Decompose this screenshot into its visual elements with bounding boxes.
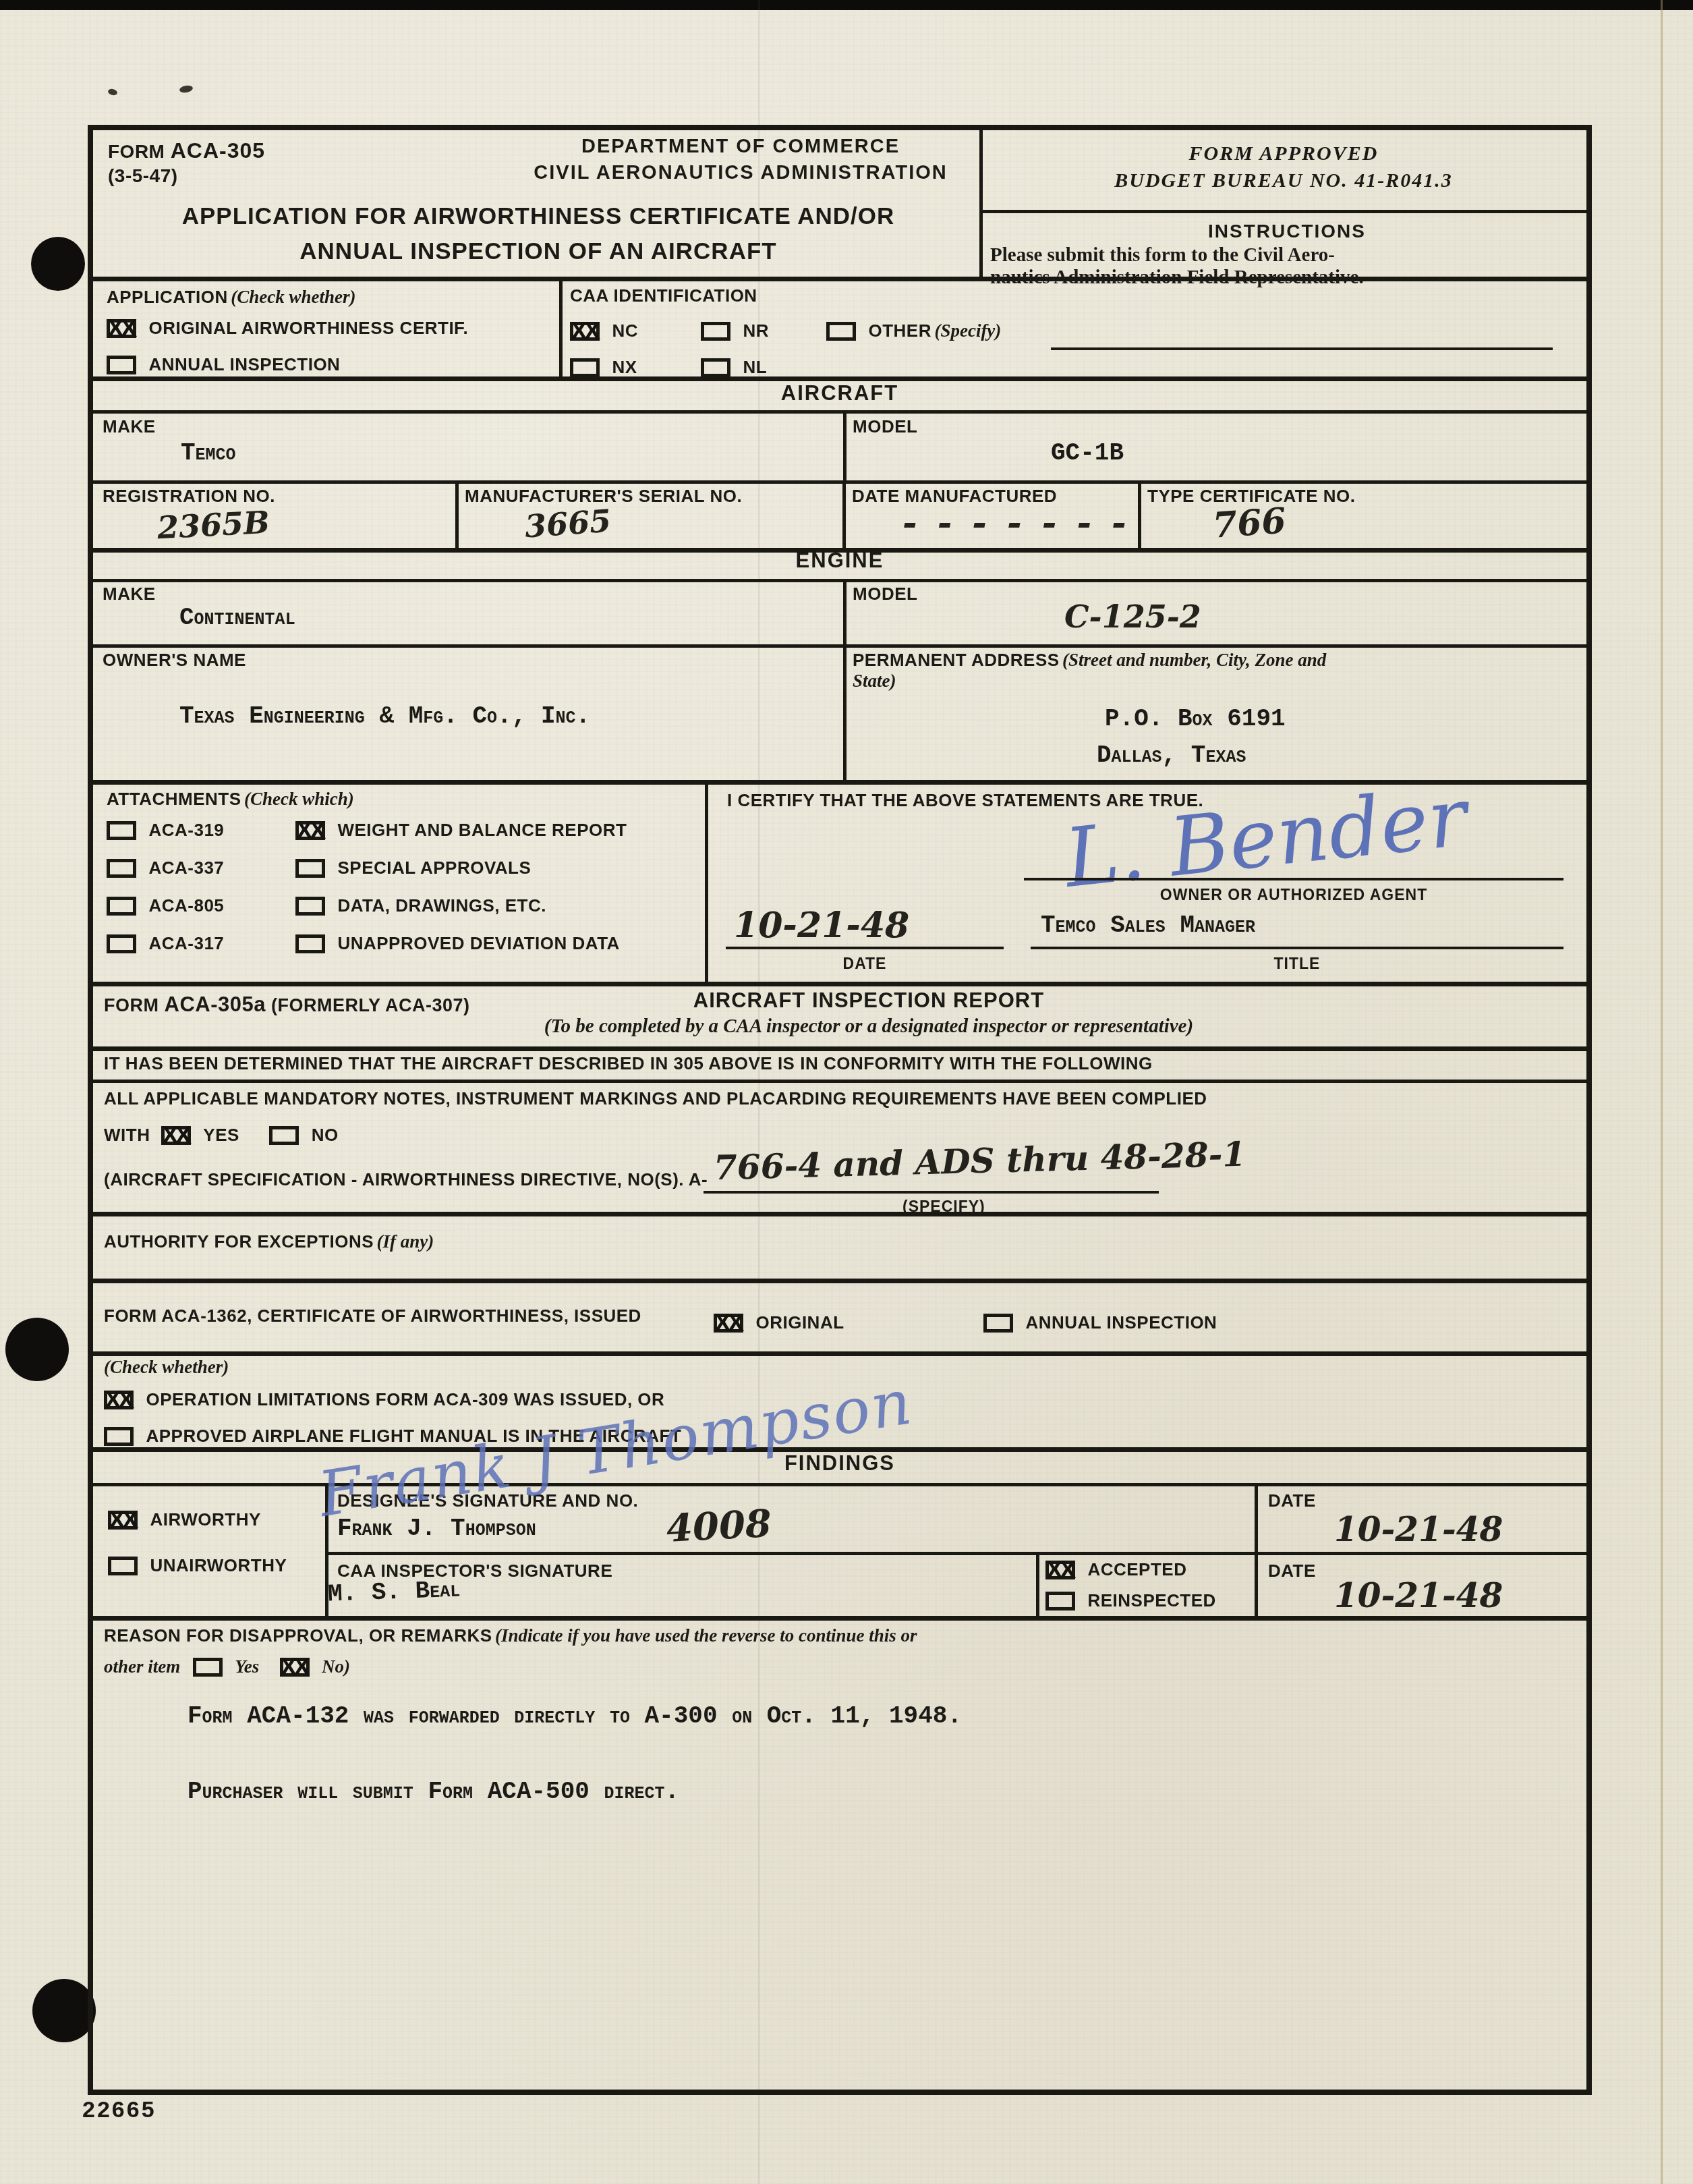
rule (1255, 1483, 1258, 1616)
owner-name-value: Texas Engineering & Mfg. Co., Inc. (179, 702, 590, 730)
rule (843, 579, 846, 780)
designee-date-label: DATE (1268, 1490, 1316, 1511)
spec-directive-value: 766-4 and ADS thru 48-28-1 (713, 1134, 1246, 1188)
caa-option-nr: NR (701, 320, 769, 341)
aircraft-make-label: MAKE (103, 416, 156, 437)
engine-model-value: C-125-2 (1064, 598, 1201, 635)
aca-805-checkbox (107, 897, 136, 916)
certification-date-value: 10-21-48 (734, 905, 909, 946)
engine-model-label: MODEL (853, 584, 917, 605)
spec-directive-line (704, 1191, 1159, 1194)
form-number-value: ACA-305 (171, 138, 265, 163)
rule (93, 1616, 1586, 1621)
rule (843, 410, 846, 480)
address-label-italic: (Street and number, City, Zone and (1062, 650, 1326, 670)
form-approved-line1: FORM APPROVED (990, 142, 1577, 165)
page-serial-number: 22665 (82, 2097, 156, 2123)
aircraft-model-label: MODEL (853, 416, 917, 437)
engine-make-label: MAKE (103, 584, 156, 605)
certification-date-caption: DATE (726, 955, 1004, 973)
form-border: FORM ACA-305 (3-5-47) DEPARTMENT OF COMM… (88, 125, 1592, 2095)
rule (93, 1212, 1586, 1216)
registration-value: 2365B (156, 504, 271, 547)
annual-inspection-checkbox (107, 356, 136, 374)
instructions-box: INSTRUCTIONS Please submit this form to … (990, 221, 1584, 289)
application-option-annual: ANNUAL INSPECTION (107, 354, 340, 375)
reinspected-checkbox (1045, 1592, 1075, 1611)
original-airworthiness-checkbox (107, 319, 136, 338)
form-305a-former: (FORMERLY ACA-307) (271, 995, 470, 1015)
other-specify-italic: (Specify) (934, 320, 1001, 341)
rule (842, 480, 846, 548)
remarks-label-line1: REASON FOR DISAPPROVAL, OR REMARKS (Indi… (104, 1625, 917, 1646)
application-option-original: ORIGINAL AIRWORTHINESS CERTIF. (107, 318, 468, 339)
other-specify-line (1051, 347, 1553, 350)
form-approved-box: FORM APPROVED BUDGET BUREAU NO. 41-R041.… (990, 142, 1577, 192)
caa-option-nx: NX (570, 357, 637, 378)
rule (93, 1279, 1586, 1283)
attachment-aca337: ACA-337 (107, 858, 224, 878)
attachments-label-italic: (Check which) (244, 789, 354, 809)
authority-italic: (If any) (377, 1231, 434, 1252)
nx-checkbox (570, 358, 600, 377)
form-305a-value: ACA-305a (165, 992, 266, 1016)
form-approved-line2: BUDGET BUREAU NO. 41-R041.3 (990, 169, 1577, 192)
engine-section-title: ENGINE (93, 549, 1586, 573)
caa-identification-label: CAA IDENTIFICATION (570, 285, 757, 306)
instructions-title: INSTRUCTIONS (990, 221, 1584, 242)
operation-limitations-checkbox (104, 1391, 134, 1409)
rule (93, 1351, 1586, 1356)
data-drawings-checkbox (295, 897, 325, 916)
aca-1362-annual: ANNUAL INSPECTION (983, 1312, 1217, 1333)
rule (93, 579, 1586, 582)
rule (93, 1080, 1586, 1083)
inspector-date-value: 10-21-48 (1334, 1575, 1503, 1615)
complied-yes-checkbox (161, 1126, 191, 1145)
engine-make-value: Continental (179, 604, 295, 632)
attachment-data-drawings: DATA, DRAWINGS, ETC. (295, 895, 546, 916)
ink-mark (179, 84, 193, 93)
spec-specify-caption: (SPECIFY) (902, 1198, 985, 1216)
annual-issued-checkbox (983, 1314, 1013, 1333)
designee-number: 4008 (665, 1501, 772, 1551)
nc-checkbox (570, 322, 600, 341)
owner-address-line1: P.O. Box 6191 (1105, 705, 1286, 733)
remarks-yes-checkbox (193, 1658, 223, 1677)
application-label: APPLICATION (Check whether) (107, 287, 356, 308)
attachments-label: ATTACHMENTS (Check which) (107, 789, 354, 810)
spec-directive-label: (AIRCRAFT SPECIFICATION - AIRWORTHINESS … (104, 1169, 708, 1190)
form-305a-number: FORM ACA-305a (FORMERLY ACA-307) (104, 992, 470, 1017)
rule (93, 1046, 1586, 1051)
owner-signature-caption: OWNER OR AUTHORIZED AGENT (1024, 886, 1563, 904)
rule (93, 480, 1586, 484)
aca-1362-label: FORM ACA-1362, CERTIFICATE OF AIRWORTHIN… (104, 1306, 641, 1326)
caa-option-other: OTHER (Specify) (826, 320, 1001, 341)
form-title-line1: APPLICATION FOR AIRWORTHINESS CERTIFICAT… (120, 203, 956, 230)
attachment-aca805: ACA-805 (107, 895, 224, 916)
certification-title-value: Temco Sales Manager (1041, 912, 1255, 939)
original-issued-checkbox (714, 1314, 743, 1333)
rule (325, 1552, 1586, 1555)
rule (1138, 480, 1141, 548)
accepted-checkbox (1045, 1561, 1075, 1579)
owner-address-line2: Dallas, Texas (1097, 741, 1246, 769)
form-number-prefix: FORM (108, 141, 165, 162)
reinspected-line: REINSPECTED (1045, 1590, 1216, 1611)
instructions-line2: nautics Administration Field Representat… (990, 267, 1584, 289)
remarks-other-item: other item (104, 1656, 180, 1677)
unapproved-deviation-checkbox (295, 934, 325, 953)
weight-balance-checkbox (295, 821, 325, 840)
rule (93, 410, 1586, 414)
attachment-aca319: ACA-319 (107, 820, 224, 841)
nr-checkbox (701, 322, 730, 341)
attachment-unapproved-deviation: UNAPPROVED DEVIATION DATA (295, 933, 620, 954)
certification-title-line (1031, 947, 1563, 949)
aircraft-model-value: GC-1B (1051, 439, 1124, 467)
remarks-line1: Form ACA-132 was forwarded directly to A… (188, 1702, 962, 1730)
airworthy-checkbox (108, 1511, 138, 1530)
flight-manual-checkbox (104, 1427, 134, 1446)
punch-hole (5, 1318, 69, 1381)
determined-statement: IT HAS BEEN DETERMINED THAT THE AIRCRAFT… (104, 1053, 1153, 1074)
aircraft-make-value: Temco (181, 439, 236, 467)
complied-yes-no-line: WITH YES NO (104, 1125, 339, 1146)
rule (455, 480, 459, 548)
aca-317-checkbox (107, 934, 136, 953)
complied-statement: ALL APPLICABLE MANDATORY NOTES, INSTRUME… (104, 1088, 1207, 1109)
rule (705, 780, 708, 982)
designee-date-value: 10-21-48 (1334, 1509, 1503, 1549)
aircraft-section-title: AIRCRAFT (93, 381, 1586, 405)
inspector-typed-name: M. S. Beal (327, 1576, 461, 1608)
form-number: FORM ACA-305 (108, 138, 265, 163)
inspector-date-label: DATE (1268, 1561, 1316, 1581)
rule (1036, 1552, 1039, 1616)
attachment-special-approvals: SPECIAL APPROVALS (295, 858, 531, 878)
aca-319-checkbox (107, 821, 136, 840)
remarks-label-line2: other item Yes No) (104, 1656, 350, 1677)
certification-date-line (726, 947, 1004, 949)
permanent-address-label: PERMANENT ADDRESS (Street and number, Ci… (853, 650, 1581, 692)
remarks-label-italic: (Indicate if you have used the reverse t… (495, 1625, 917, 1646)
accepted-line: ACCEPTED (1045, 1559, 1186, 1580)
rule (93, 982, 1586, 986)
complied-with-label: WITH (104, 1125, 150, 1145)
punch-hole (31, 237, 85, 291)
attachment-aca317: ACA-317 (107, 933, 224, 954)
form-title: APPLICATION FOR AIRWORTHINESS CERTIFICAT… (120, 203, 956, 265)
remarks-line2: Purchaser will submit Form ACA-500 direc… (188, 1778, 679, 1805)
authority-exceptions-label: AUTHORITY FOR EXCEPTIONS (If any) (104, 1231, 434, 1252)
form-revision: (3-5-47) (108, 165, 178, 187)
certification-title-caption: TITLE (1031, 955, 1563, 973)
owner-name-label: OWNER'S NAME (103, 650, 246, 671)
form-title-line2: ANNUAL INSPECTION OF AN AIRCRAFT (120, 238, 956, 265)
punch-hole (32, 1979, 96, 2042)
special-approvals-checkbox (295, 859, 325, 878)
inspection-report-subtitle: (To be completed by a CAA inspector or a… (228, 1015, 1510, 1038)
type-certificate-value: 766 (1211, 500, 1288, 546)
instructions-line1: Please submit this form to the Civil Aer… (990, 244, 1584, 267)
aca-337-checkbox (107, 859, 136, 878)
airworthy-line: AIRWORTHY (108, 1509, 261, 1530)
serial-value: 3665 (523, 503, 612, 545)
remarks-no-checkbox (280, 1658, 310, 1677)
caa-option-nl: NL (701, 357, 767, 378)
registration-label: REGISTRATION NO. (103, 486, 275, 507)
other-checkbox (826, 322, 856, 341)
date-manufactured-value: - - - - - - - (902, 503, 1130, 544)
scanned-form-page: FORM ACA-305 (3-5-47) DEPARTMENT OF COMM… (0, 0, 1693, 2184)
attachment-weight-balance: WEIGHT AND BALANCE REPORT (295, 820, 627, 841)
scan-edge-strip (0, 0, 1693, 10)
application-label-italic: (Check whether) (231, 287, 355, 307)
address-label-italic2: State) (853, 671, 1581, 692)
complied-no-checkbox (269, 1126, 299, 1145)
ink-mark (107, 88, 118, 96)
rule (979, 210, 1586, 213)
inspection-report-title: AIRCRAFT INSPECTION REPORT (565, 988, 1172, 1013)
unairworthy-line: UNAIRWORTHY (108, 1555, 287, 1576)
rule (93, 376, 1586, 381)
unairworthy-checkbox (108, 1557, 138, 1575)
rule (559, 277, 563, 376)
owner-signature-line (1024, 878, 1563, 880)
operation-limitations-line: OPERATION LIMITATIONS FORM ACA-309 WAS I… (104, 1389, 664, 1410)
rule (93, 644, 1586, 648)
nl-checkbox (701, 358, 730, 377)
check-whether-label: (Check whether) (104, 1357, 229, 1378)
paper-crease (1661, 0, 1663, 2184)
aca-1362-original: ORIGINAL (714, 1312, 844, 1333)
caa-option-nc: NC (570, 320, 638, 341)
